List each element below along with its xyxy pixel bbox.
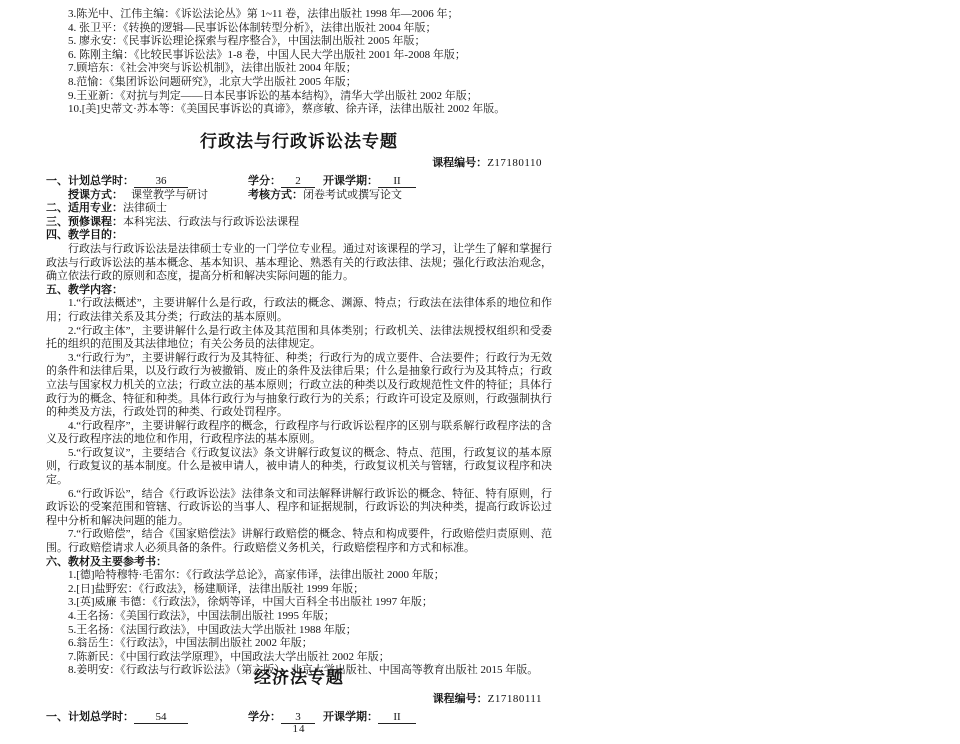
course-number-row: 课程编号：Z17180110	[46, 156, 552, 170]
assessment-value: 闭卷考试或撰写论文	[303, 189, 402, 201]
course-content-item: 3.“行政行为”，主要讲解行政行为及其特征、种类；行政行为的成立要件、合法要件；…	[46, 352, 552, 420]
reference-item: 6. 陈刚主编：《比较民事诉讼法》1-8 卷，中国人民大学出版社 2001 年-…	[68, 49, 768, 63]
book-item: 4.王名扬：《美国行政法》，中国法制出版社 1995 年版；	[46, 610, 552, 624]
course-title: 经济法专题	[46, 667, 552, 689]
reference-item: 5. 廖永安：《民事诉讼理论探索与程序整合》，中国法制出版社 2005 年版；	[68, 35, 768, 49]
applicable-major-row: 二、适用专业：法律硕士	[46, 202, 552, 216]
course-number-row: 课程编号：Z17180111	[46, 692, 552, 706]
book-item: 3.[英]威廉 韦德：《行政法》，徐炳等译，中国大百科全书出版社 1997 年版…	[46, 596, 552, 610]
credits-label: 学分：	[248, 175, 281, 187]
reference-list: 3.陈光中、江伟主编：《诉讼法论丛》第 1~11 卷，法律出版社 1998 年—…	[68, 8, 768, 117]
semester-label: 开课学期：	[323, 175, 378, 187]
book-item: 6.翁岳生：《行政法》，中国法制出版社 2002 年版；	[46, 637, 552, 651]
books-heading: 六、教材及主要参考书：	[46, 556, 552, 570]
applicable-major-value: 法律硕士	[123, 202, 167, 214]
credits-label: 学分：	[248, 711, 281, 723]
prerequisite-row: 三、预修课程：本科宪法、行政法与行政诉讼法课程	[46, 216, 552, 230]
reference-item: 8.范愉：《集团诉讼问题研究》，北京大学出版社 2005 年版；	[68, 76, 768, 90]
document-page: 3.陈光中、江伟主编：《诉讼法论丛》第 1~11 卷，法律出版社 1998 年—…	[0, 0, 960, 744]
course-number-value: Z17180111	[488, 693, 542, 705]
teaching-method-label: 授课方式：	[68, 189, 123, 201]
semester-label: 开课学期：	[323, 711, 378, 723]
content-heading: 五、教学内容：	[46, 284, 552, 298]
course-content-item: 2.“行政主体”，主要讲解什么是行政主体及其范围和具体类别；行政机关、法律法规授…	[46, 325, 552, 352]
page-number: 14	[46, 723, 552, 737]
course-meta-row: 一、计划总学时：36学分：2开课学期：II	[46, 175, 552, 189]
book-item: 1.[德]哈特穆特·毛雷尔：《行政法学总论》，高家伟译，法律出版社 2000 年…	[46, 569, 552, 583]
reference-item: 3.陈光中、江伟主编：《诉讼法论丛》第 1~11 卷，法律出版社 1998 年—…	[68, 8, 768, 22]
reference-item: 4. 张卫平：《转换的逻辑—民事诉讼体制转型分析》，法律出版社 2004 年版；	[68, 22, 768, 36]
book-item: 2.[日]盐野宏：《行政法》，杨建顺译，法律出版社 1999 年版；	[46, 583, 552, 597]
course-number-label: 课程编号：	[432, 157, 487, 169]
course-number-label: 课程编号：	[433, 693, 488, 705]
course-content-item: 4.“行政程序”，主要讲解行政程序的概念，行政程序与行政诉讼程序的区别与联系解行…	[46, 420, 552, 447]
course-number-value: Z17180110	[487, 157, 542, 169]
course-section-admin-law: 行政法与行政诉讼法专题 课程编号：Z17180110 一、计划总学时：36学分：…	[46, 131, 552, 678]
course-content-item: 6.“行政诉讼”，结合《行政诉讼法》法律条文和司法解释讲解行政诉讼的概念、特征、…	[46, 488, 552, 529]
course-section-economic-law: 经济法专题 课程编号：Z17180111 一、计划总学时：54学分：3开课学期：…	[46, 667, 552, 725]
applicable-major-label: 二、适用专业：	[46, 202, 123, 214]
book-item: 7.陈新民：《中国行政法学原理》，中国政法大学出版社 2002 年版；	[46, 651, 552, 665]
total-hours-label: 一、计划总学时：	[46, 175, 134, 187]
course-content-item: 7.“行政赔偿”，结合《国家赔偿法》讲解行政赔偿的概念、特点和构成要件，行政赔偿…	[46, 528, 552, 555]
book-item: 5.王名扬：《法国行政法》，中国政法大学出版社 1988 年版；	[46, 624, 552, 638]
course-content-item: 1.“行政法概述”，主要讲解什么是行政，行政法的概念、渊源、特点；行政法在法律体…	[46, 297, 552, 324]
course-title: 行政法与行政诉讼法专题	[46, 131, 552, 153]
prerequisite-value: 本科宪法、行政法与行政诉讼法课程	[123, 216, 299, 228]
objective-heading: 四、教学目的：	[46, 229, 552, 243]
teaching-method-value: 课堂教学与研讨	[131, 189, 208, 201]
course-meta-row2: 授课方式：课堂教学与研讨考核方式：闭卷考试或撰写论文	[46, 189, 552, 203]
objective-paragraph: 行政法与行政诉讼法是法律硕士专业的一门学位专业程。通过对该课程的学习，让学生了解…	[46, 243, 552, 284]
total-hours-value: 36	[134, 175, 188, 188]
reference-item: 10.[美]史蒂文·苏本等：《美国民事诉讼的真谛》，蔡彦敏、徐卉译，法律出版社 …	[68, 103, 768, 117]
course-content-item: 5.“行政复议”，主要结合《行政复议法》条文讲解行政复议的概念、特点、范围，行政…	[46, 447, 552, 488]
total-hours-label: 一、计划总学时：	[46, 711, 134, 723]
assessment-label: 考核方式：	[248, 189, 303, 201]
reference-item: 9.王亚新：《对抗与判定——日本民事诉讼的基本结构》，清华大学出版社 2002 …	[68, 90, 768, 104]
credits-value: 2	[281, 175, 315, 188]
semester-value: II	[378, 175, 416, 188]
reference-item: 7.顾培东：《社会冲突与诉讼机制》，法律出版社 2004 年版；	[68, 62, 768, 76]
prerequisite-label: 三、预修课程：	[46, 216, 123, 228]
